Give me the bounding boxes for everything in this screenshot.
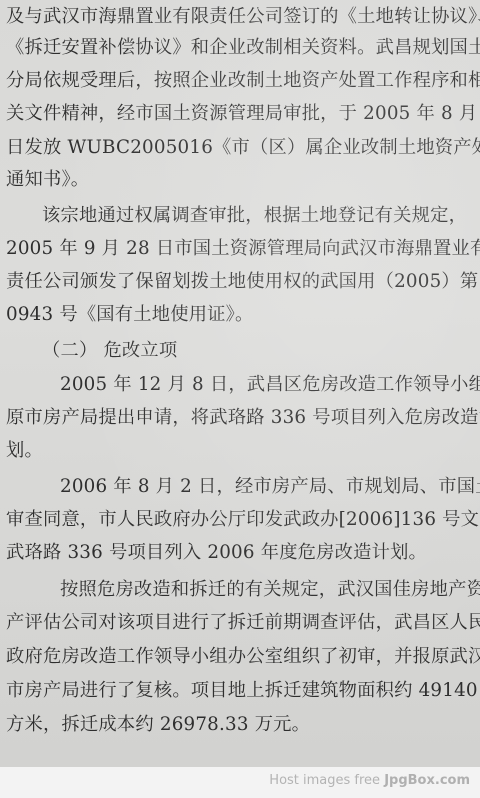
text-line: 2005 年 9 月 28 日市国土资源管理局向武汉市海鼎置业有限 — [6, 232, 480, 265]
text-line: 按照危房改造和拆迁的有关规定，武汉国佳房地产资 — [60, 573, 480, 606]
text-line: 及与武汉市海鼎置业有限责任公司签订的《土地转让协议》、 — [6, 0, 480, 33]
text-line: 原市房产局提出申请，将武珞路 336 号项目列入危房改造计 — [6, 401, 480, 434]
text-line: 关文件精神，经市国土资源管理局审批，于 2005 年 8 月 15 — [6, 97, 480, 130]
watermark-prefix: Host images free — [269, 773, 384, 788]
text-line: 武珞路 336 号项目列入 2006 年度危房改造计划。 — [6, 536, 480, 569]
text-line: 划。 — [6, 434, 480, 467]
text-line: 责任公司颁发了保留划拨土地使用权的武国用（2005）第 — [6, 265, 480, 298]
text-line: 《拆迁安置补偿协议》和企业改制相关资料。武昌规划国土 — [6, 31, 480, 64]
watermark-brand: JpgBox.com — [384, 773, 470, 788]
text-line: 市房产局进行了复核。项目地上拆迁建筑物面积约 49140 平 — [6, 674, 480, 707]
watermark-text: Host images free JpgBox.com — [269, 773, 470, 788]
text-line: 审查同意，市人民政府办公厅印发武政办[2006]136 号文，将 — [6, 503, 480, 536]
text-line: 方米，拆迁成本约 26978.33 万元。 — [6, 708, 480, 741]
text-line: 2005 年 12 月 8 日，武昌区危房改造工作领导小组向 — [60, 368, 480, 401]
text-line: 产评估公司对该项目进行了拆迁前期调查评估，武昌区人民 — [6, 606, 480, 639]
text-line: 2006 年 8 月 2 日，经市房产局、市规划局、市国土局 — [60, 470, 480, 503]
text-line: 分局依规受理后，按照企业改制土地资产处置工作程序和相 — [6, 64, 480, 97]
section-heading: （二） 危改立项 — [42, 334, 480, 367]
text-line: 政府危房改造工作领导小组办公室组织了初审，并报原武汉 — [6, 640, 480, 673]
document-photo: 及与武汉市海鼎置业有限责任公司签订的《土地转让协议》、 《拆迁安置补偿协议》和企… — [0, 0, 480, 767]
watermark-footer: Host images free JpgBox.com — [0, 767, 480, 798]
text-line: 0943 号《国有土地使用证》。 — [6, 298, 480, 331]
text-line: 日发放 WUBC2005016《市（区）属企业改制土地资产处置 — [6, 131, 480, 164]
text-line: 该宗地通过权属调查审批，根据土地登记有关规定， — [42, 199, 480, 232]
text-line: 通知书》。 — [6, 163, 480, 196]
